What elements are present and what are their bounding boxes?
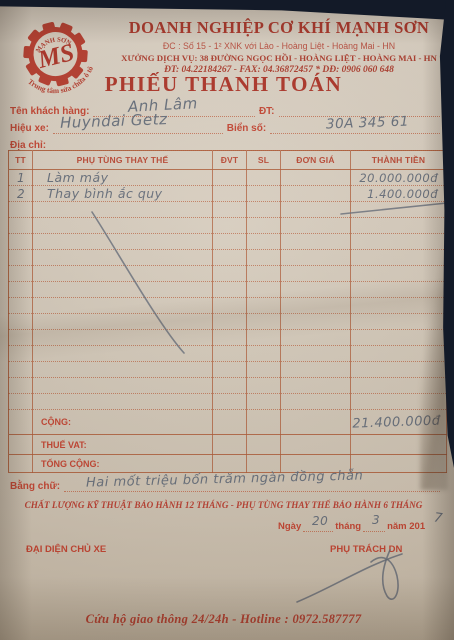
day-label: Ngày [278,521,301,532]
empty-item-row [9,218,447,234]
company-name: DOANH NGHIỆP CƠ KHÍ MẠNH SƠN [110,18,448,38]
header-cell-thanhtien: THÀNH TIỀN [351,151,447,170]
signature-scribble [297,550,402,602]
item-row: 1 Làm máy 20.000.000đ [9,170,447,186]
items-table: TT PHỤ TÙNG THAY THẾ ĐVT SL ĐƠN GIÁ THÀN… [8,150,447,473]
day-value: 20 [312,514,328,528]
empty-item-row [9,266,447,282]
warranty-note: CHẤT LƯỢNG KỸ THUẬT BẢO HÀNH 12 THÁNG - … [0,500,447,510]
empty-item-row [9,282,447,298]
empty-item-row [9,314,447,330]
receipt-paper: MẠNH SƠN MS Trung tâm sửa chữa ô tô DOAN… [0,6,454,640]
item-row: 2 Thay bình ắc quy 1.400.000đ [9,186,447,202]
hotline-note: Cứu hộ giao thông 24/24h - Hotline : 097… [0,612,447,627]
summary-rows: CỘNG: 21.400.000đ THUẾ VAT: TỔNG CỘNG: [9,410,447,473]
customer-section: Tên khách hàng: ĐT: Hiệu xe: Biển số: Đị… [10,100,444,151]
plate-label: Biển số: [227,123,266,134]
company-address: ĐC : Số 15 - 1² XNK với Lào - Hoàng Liệt… [110,41,448,51]
address-line: Địa chỉ: [10,134,444,151]
header-cell-sl: SL [247,151,281,170]
rep-right-label: PHỤ TRÁCH DN [330,544,402,555]
year-value: 7 [433,510,444,526]
empty-item-row [9,202,447,218]
letterhead: DOANH NGHIỆP CƠ KHÍ MẠNH SƠN ĐC : Số 15 … [110,18,448,75]
photo-scene: { "colors": { "photo_background": "#141b… [0,0,454,640]
vehicle-label: Hiệu xe: [10,123,49,134]
header-cell-item: PHỤ TÙNG THAY THẾ [33,151,213,170]
workshop-address: XƯỞNG DỊCH VỤ: 38 ĐƯỜNG NGỌC HỒI - HOÀNG… [110,53,448,63]
empty-item-row [9,250,447,266]
date-line: Ngày tháng năm 201 [278,518,450,532]
header-cell-dongia: ĐƠN GIÁ [281,151,351,170]
empty-item-row [9,234,447,250]
document-title: PHIẾU THANH TOÁN [0,72,447,97]
summary-row-cong: CỘNG: 21.400.000đ [9,410,447,435]
header-cell-tt: TT [9,151,33,170]
amount-in-words-label: Bằng chữ: [10,481,60,492]
rep-left-label: ĐẠI DIỆN CHỦ XE [26,544,106,555]
summary-row-vat: THUẾ VAT: [9,435,447,455]
vehicle-value: Huyndai Getz [60,110,168,132]
empty-item-row [9,378,447,394]
header-cell-dvt: ĐVT [213,151,247,170]
month-value: 3 [372,513,380,527]
summary-row-total: TỔNG CỘNG: [9,455,447,473]
phone-label: ĐT: [259,106,275,117]
empty-item-row [9,298,447,314]
table-header-row: TT PHỤ TÙNG THAY THẾ ĐVT SL ĐƠN GIÁ THÀN… [9,151,447,170]
empty-item-row [9,346,447,362]
year-label: năm 201 [387,521,425,532]
month-label: tháng [335,521,361,532]
plate-value: 30A 345 61 [326,114,409,133]
empty-item-row [9,330,447,346]
empty-item-row [9,394,447,410]
item-rows: 1 Làm máy 20.000.000đ 2 Thay bình ắc quy… [9,170,447,410]
empty-item-row [9,362,447,378]
